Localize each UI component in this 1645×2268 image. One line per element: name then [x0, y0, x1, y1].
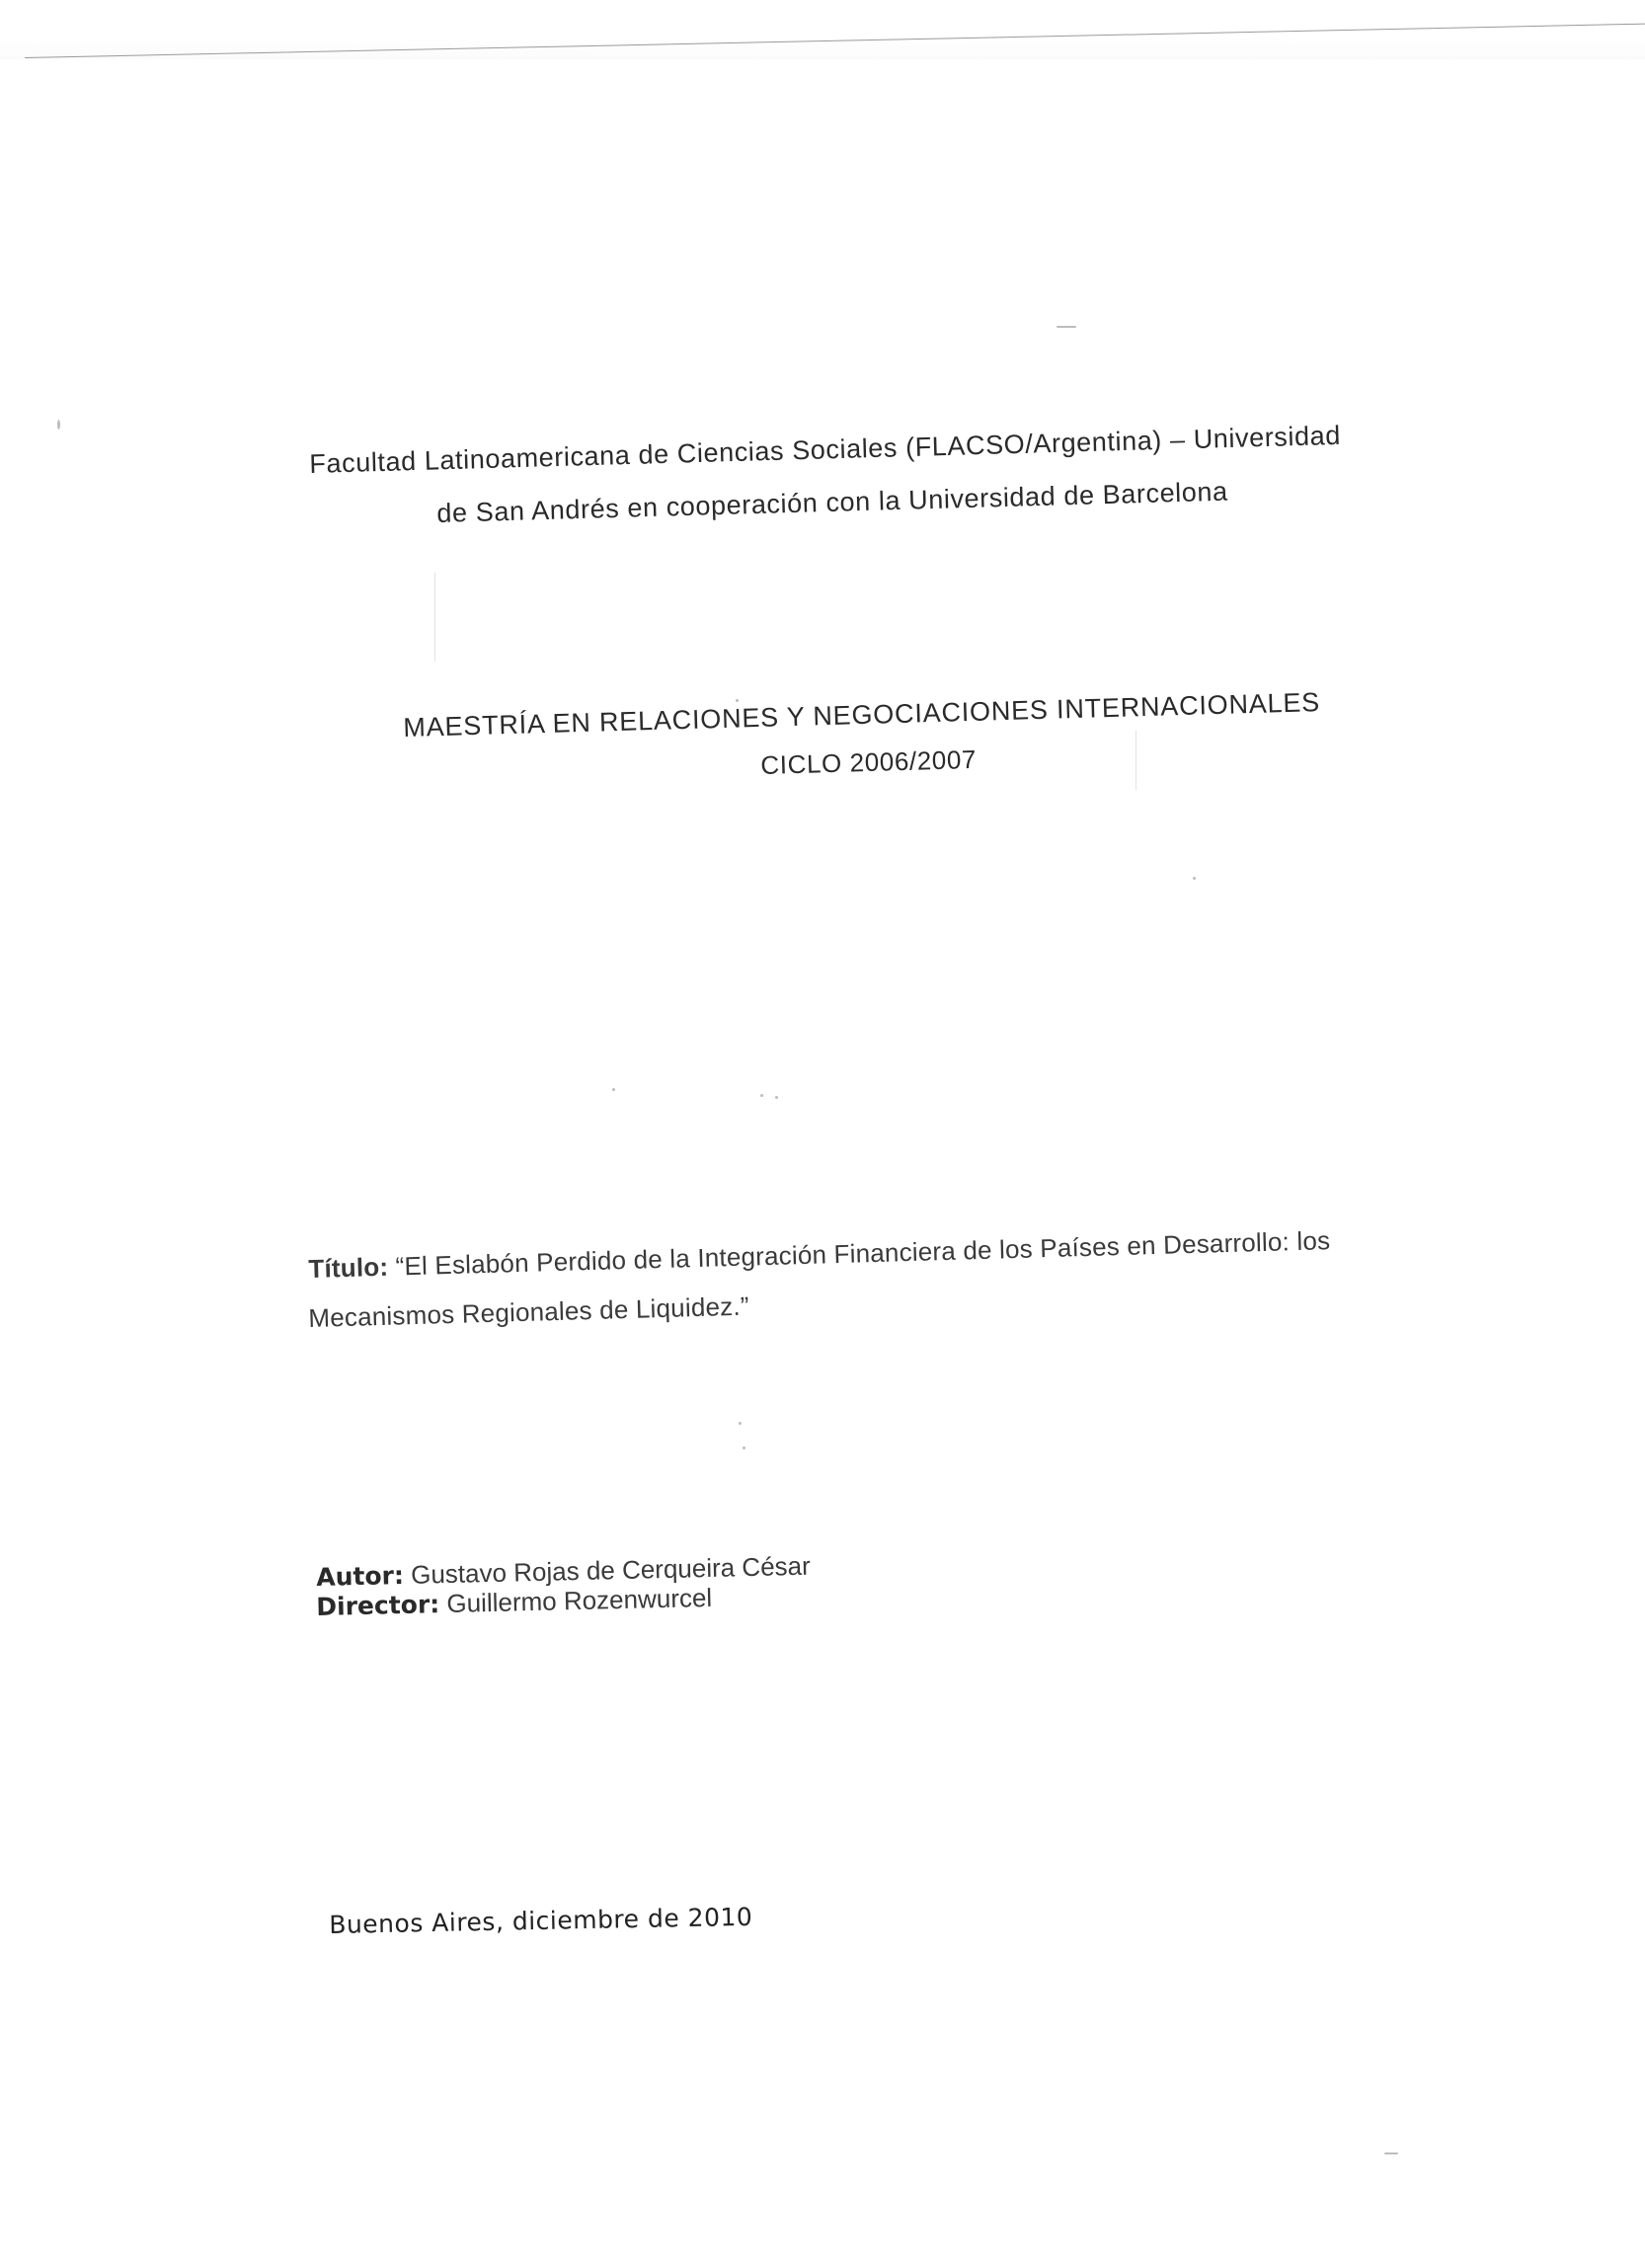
scan-speck — [57, 420, 60, 430]
author-label: Autor: — [316, 1561, 404, 1592]
scan-artifact-line — [434, 573, 435, 662]
director-label: Director: — [316, 1590, 440, 1621]
scan-artifact-line — [1136, 731, 1136, 790]
title-page: Facultad Latinoamericana de Ciencias Soc… — [0, 0, 1645, 2268]
scan-speck — [775, 1096, 778, 1099]
institution-line-1: Facultad Latinoamericana de Ciencias Soc… — [309, 421, 1341, 480]
thesis-title-label: Título: — [308, 1252, 389, 1284]
scan-speck — [1193, 877, 1196, 880]
thesis-title-line-1: Título: “El Eslabón Perdido de la Integr… — [308, 1225, 1331, 1285]
scan-speck — [743, 1447, 745, 1449]
program-name: MAESTRÍA EN RELACIONES Y NEGOCIACIONES I… — [403, 687, 1320, 743]
scan-speck — [760, 1094, 763, 1097]
place-date: Buenos Aires, diciembre de 2010 — [329, 1903, 753, 1939]
scan-speck — [739, 1422, 742, 1425]
scan-speck — [612, 1088, 615, 1091]
director-name: Guillermo Rozenwurcel — [446, 1583, 712, 1618]
author-name: Gustavo Rojas de Cerqueira César — [411, 1551, 811, 1590]
scan-speck — [736, 699, 739, 702]
program-cycle: CICLO 2006/2007 — [760, 744, 977, 781]
thesis-title-line-2: Mecanismos Regionales de Liquidez.” — [308, 1291, 749, 1334]
scan-speck — [1384, 2152, 1398, 2154]
thesis-title-text-1: “El Eslabón Perdido de la Integración Fi… — [395, 1225, 1330, 1281]
institution-line-2: de San Andrés en cooperación con la Univ… — [436, 477, 1228, 529]
scan-speck — [1057, 326, 1076, 328]
